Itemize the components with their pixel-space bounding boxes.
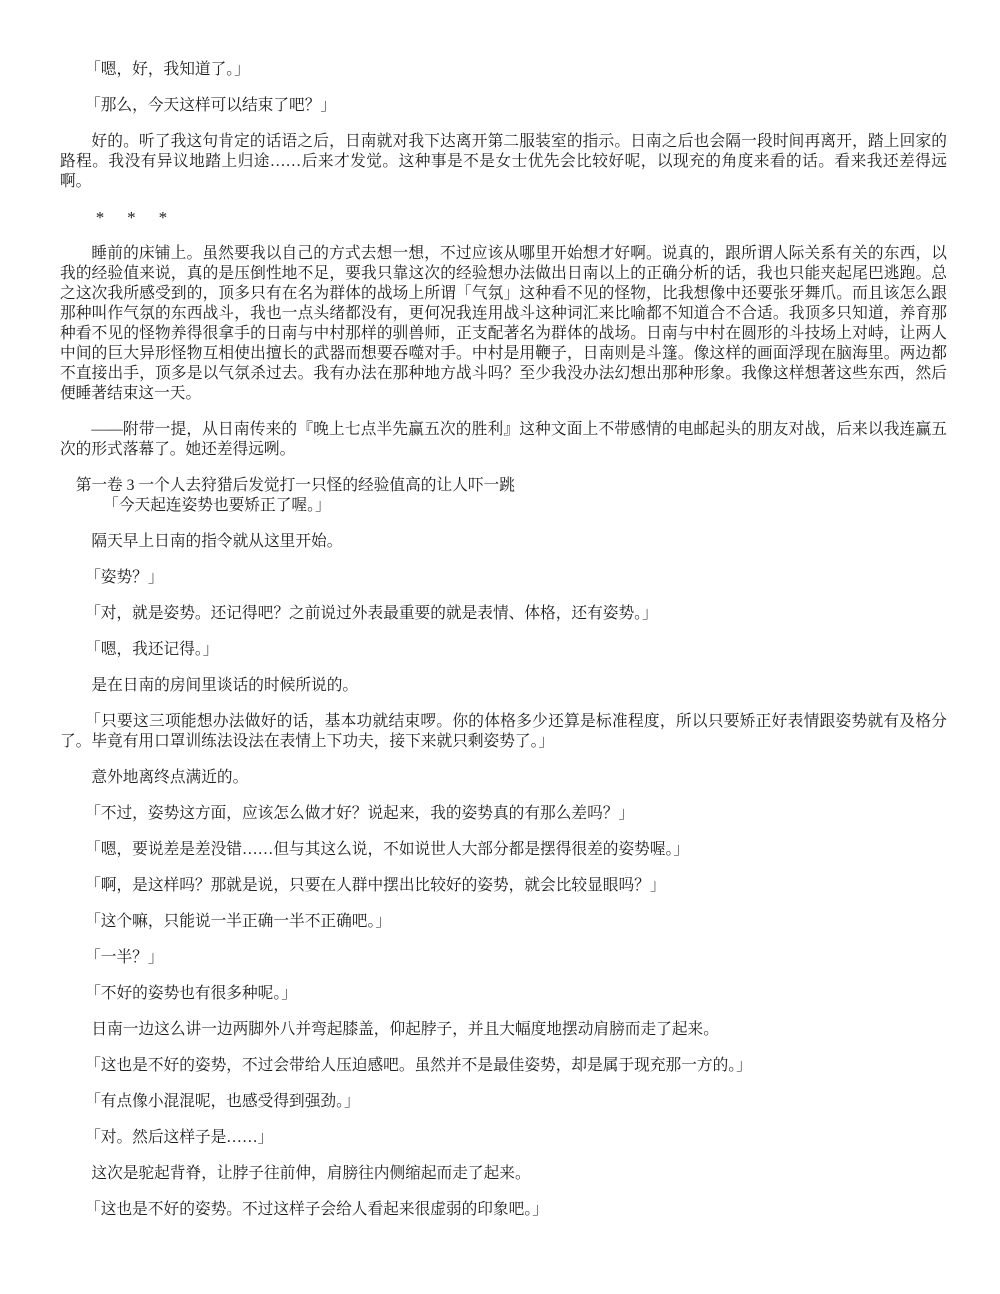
dialogue-line: 「嗯，好，我知道了。」 — [60, 60, 947, 80]
narration-paragraph: ——附带一提，从日南传来的『晚上七点半先赢五次的胜利』这种文面上不带感情的电邮起… — [60, 420, 947, 460]
dialogue-line: 「今天起连姿势也要矫正了喔。」 — [60, 496, 947, 516]
chapter-heading: 第一卷 3 一个人去狩猎后发觉打一只怪的经验值高的让人吓一跳 — [60, 476, 947, 496]
dialogue-line: 「这也是不好的姿势。不过这样子会给人看起来很虚弱的印象吧。」 — [60, 1200, 947, 1220]
dialogue-line: 「不过，姿势这方面，应该怎么做才好？说起来，我的姿势真的有那么差吗？」 — [60, 804, 947, 824]
dialogue-line: 「一半？」 — [60, 948, 947, 968]
scene-separator: * * * — [60, 208, 947, 228]
dialogue-line: 「这也是不好的姿势，不过会带给人压迫感吧。虽然并不是最佳姿势，却是属于现充那一方… — [60, 1056, 947, 1076]
narration-paragraph: 好的。听了我这句肯定的话语之后，日南就对我下达离开第二服装室的指示。日南之后也会… — [60, 132, 947, 192]
dialogue-line: 「不好的姿势也有很多种呢。」 — [60, 984, 947, 1004]
dialogue-line: 「嗯，要说差是差没错……但与其这么说，不如说世人大部分都是摆得很差的姿势喔。」 — [60, 840, 947, 860]
narration-paragraph: 意外地离终点满近的。 — [60, 768, 947, 788]
narration-paragraph: 睡前的床铺上。虽然要我以自己的方式去想一想，不过应该从哪里开始想才好啊。说真的，… — [60, 244, 947, 404]
dialogue-line: 「嗯，我还记得。」 — [60, 640, 947, 660]
narration-paragraph: 这次是驼起背脊，让脖子往前伸，肩膀往内侧缩起而走了起来。 — [60, 1164, 947, 1184]
dialogue-line: 「对，就是姿势。还记得吧？之前说过外表最重要的就是表情、体格，还有姿势。」 — [60, 604, 947, 624]
novel-text-body: 「嗯，好，我知道了。」「那么，今天这样可以结束了吧？」好的。听了我这句肯定的话语… — [60, 60, 947, 1220]
narration-paragraph: 隔天早上日南的指令就从这里开始。 — [60, 532, 947, 552]
dialogue-line: 「这个嘛，只能说一半正确一半不正确吧。」 — [60, 912, 947, 932]
narration-paragraph: 是在日南的房间里谈话的时候所说的。 — [60, 676, 947, 696]
dialogue-line: 「啊，是这样吗？那就是说，只要在人群中摆出比较好的姿势，就会比较显眼吗？」 — [60, 876, 947, 896]
dialogue-line: 「对。然后这样子是……」 — [60, 1128, 947, 1148]
dialogue-line: 「只要这三项能想办法做好的话，基本功就结束啰。你的体格多少还算是标准程度，所以只… — [60, 712, 947, 752]
dialogue-line: 「姿势？」 — [60, 568, 947, 588]
narration-paragraph: 日南一边这么讲一边两脚外八并弯起膝盖，仰起脖子，并且大幅度地摆动肩膀而走了起来。 — [60, 1020, 947, 1040]
dialogue-line: 「有点像小混混呢，也感受得到强劲。」 — [60, 1092, 947, 1112]
dialogue-line: 「那么，今天这样可以结束了吧？」 — [60, 96, 947, 116]
novel-page: 「嗯，好，我知道了。」「那么，今天这样可以结束了吧？」好的。听了我这句肯定的话语… — [0, 0, 1000, 1294]
